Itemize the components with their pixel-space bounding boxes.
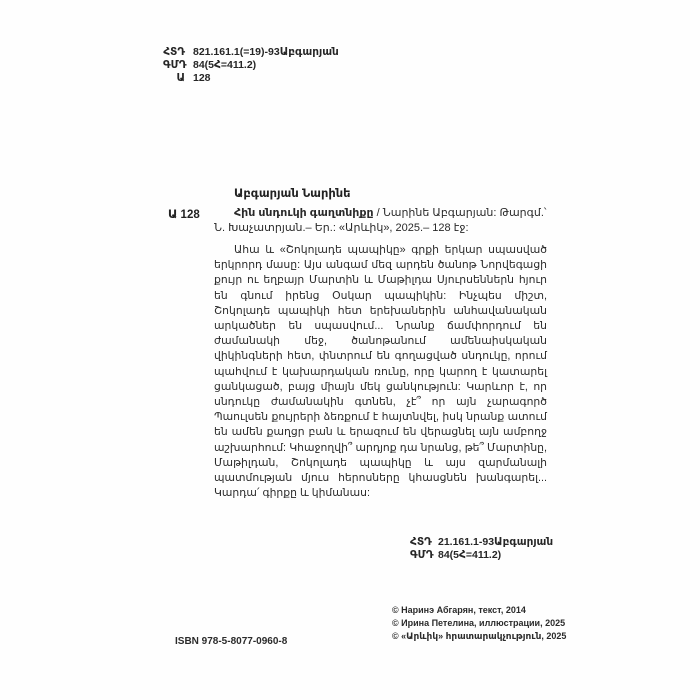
copyright-illustrations: © Ирина Петелина, иллюстрации, 2025 [392,617,566,630]
responsibility-statement: / Նարինե Աբգարյան: Թարգմ.՝ [374,207,547,219]
classification-row-bbk: ԳՄԴ 84(5Հ=411.2) [163,59,339,72]
classification-value: 21.161.1-93Աբգարյան [438,536,553,549]
book-imprint-page: ՀՏԴ 821.161.1(=19)-93Աբգարյան ԳՄԴ 84(5Հ=… [0,0,700,700]
book-annotation: Ահա և «Շոկոլադե պապիկը» գրքի երկար սպասվ… [214,243,547,501]
bibliographic-record: Հին սնդուկի գաղտնիքը / Նարինե Աբգարյան: … [214,206,564,236]
classification-row-udc: ՀՏԴ 821.161.1(=19)-93Աբգարյան [163,46,339,59]
classification-label: ՀՏԴ [163,46,193,59]
book-title: Հին սնդուկի գաղտնիքը [234,207,374,219]
classification-label: ԳՄԴ [410,549,438,562]
classification-row-udc: ՀՏԴ 21.161.1-93Աբգարյան [410,536,553,549]
classification-value: 84(5Հ=411.2) [438,549,501,562]
classification-codes-bottom: ՀՏԴ 21.161.1-93Աբգարյան ԳՄԴ 84(5Հ=411.2) [410,536,553,562]
author-heading: Աբգարյան Նարինե [234,186,351,200]
copyright-notices: © Наринэ Абгарян, текст, 2014 © Ирина Пе… [392,604,566,643]
classification-value: 821.161.1(=19)-93Աբգարյան [193,46,339,59]
classification-value: 84(5Հ=411.2) [193,59,256,72]
bibliographic-line-1: Հին սնդուկի գաղտնիքը / Նարինե Աբգարյան: … [214,206,564,221]
classification-value: 128 [193,72,211,85]
classification-label: Ա [163,72,193,85]
classification-label: ԳՄԴ [163,59,193,72]
call-number: Ա 128 [168,207,200,221]
copyright-publisher: © «Արևիկ» հրատարակչություն, 2025 [392,630,566,643]
classification-row-author-mark: Ա 128 [163,72,339,85]
classification-label: ՀՏԴ [410,536,438,549]
isbn: ISBN 978-5-8077-0960-8 [175,636,287,647]
classification-codes-top: ՀՏԴ 821.161.1(=19)-93Աբգարյան ԳՄԴ 84(5Հ=… [163,46,339,85]
classification-row-bbk: ԳՄԴ 84(5Հ=411.2) [410,549,553,562]
copyright-text: © Наринэ Абгарян, текст, 2014 [392,604,566,617]
bibliographic-line-2: Ն. Խաչատրյան.– Եր.: «Արևիկ», 2025.– 128 … [214,221,564,236]
